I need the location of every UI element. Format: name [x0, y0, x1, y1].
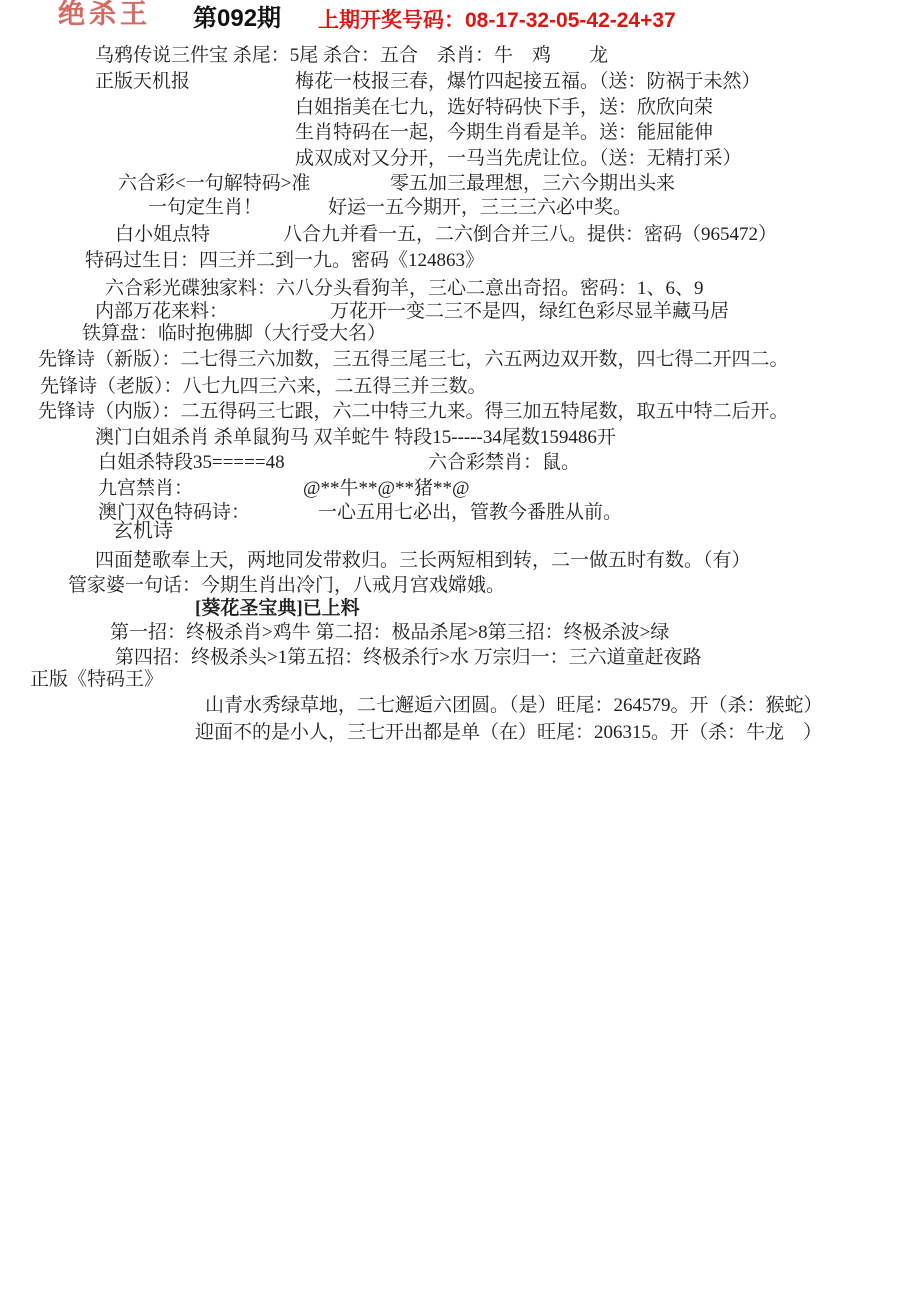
wanhua-label: 内部万花来料：	[95, 300, 228, 324]
lottery-tip-sheet: 绝杀王 第092期 上期开奖号码：08-17-32-05-42-24+37 乌鸦…	[0, 0, 900, 1292]
temawang-verse-2: 迎面不的是小人，三七开出都是单（在）旺尾：206315。开（杀：牛龙 ）	[195, 721, 822, 745]
kuihua-move-4-5: 第四招：终极杀头>1第五招：终极杀行>水 万宗归一：三六道童赶夜路	[115, 646, 702, 670]
jietema-label: 六合彩<一句解特码>准	[118, 172, 310, 196]
macau-shaxiao-line: 澳门白姐杀肖 杀单鼠狗马 双羊蛇牛 特段15-----34尾数159486开	[95, 426, 616, 450]
issue-number: 第092期	[193, 7, 281, 31]
previous-draw-numbers: 上期开奖号码：08-17-32-05-42-24+37	[318, 9, 676, 33]
xuanji-poem: 四面楚歌奉上天，两地同发带救归。三长两短相到转，二一做五时有数。（有）	[95, 549, 751, 573]
jiugong-label: 九宫禁肖：	[98, 477, 193, 501]
temawang-verse-1: 山青水秀绿草地，二七邂逅六团圆。（是）旺尾：264579。开（杀：猴蛇）	[205, 694, 823, 718]
dingshengxiao-verse: 好运一五今期开，三三三六必中奖。	[328, 196, 632, 220]
baixiaojie-label: 白小姐点特	[115, 223, 210, 247]
guangdie-line: 六合彩光碟独家料：六八分头看狗羊，三心二意出奇招。密码：1、6、9	[105, 277, 704, 301]
xianfeng-poem-inner: 先锋诗（内版）：二五得码三七跟，六二中特三九来。得三加五特尾数，取五中特二后开。	[38, 400, 789, 424]
jiugong-pattern: @**牛**@**猪**@	[303, 477, 470, 501]
guanjiapo-line: 管家婆一句话：今期生肖出冷门，八戒月宫戏嫦娥。	[68, 574, 505, 598]
page-title: 绝杀王	[58, 2, 151, 26]
xianfeng-poem-old: 先锋诗（老版）：八七九四三六来，二五得三并三数。	[40, 375, 487, 399]
jietema-verse: 零五加三最理想，三六今期出头来	[390, 172, 675, 196]
kuihua-move-1-2-3: 第一招：终极杀肖>鸡牛 第二招：极品杀尾>8第三招：终极杀波>绿	[110, 621, 669, 645]
tiesuanpan-line: 铁算盘：临时抱佛脚（大行受大名）	[82, 322, 386, 346]
kuihua-title: [葵花圣宝典]已上料	[195, 597, 360, 621]
xianfeng-poem-new: 先锋诗（新版）：二七得三六加数，三五得三尾三七，六五两边双开数，四七得二开四二。	[38, 348, 789, 372]
shuangse-verse: 一心五用七必出，管教今番胜从前。	[318, 501, 622, 525]
tianjibao-verse-4: 成双成对又分开，一马当先虎让位。（送：无精打采）	[295, 147, 742, 171]
jinxiao-line: 六合彩禁肖：鼠。	[428, 451, 580, 475]
dingshengxiao-label: 一句定生肖！	[148, 196, 262, 220]
baijie-shateduan: 白姐杀特段35=====48	[98, 451, 285, 475]
birthday-line: 特码过生日：四三并二到一九。密码《124863》	[85, 249, 484, 273]
line-crow-treasures: 乌鸦传说三件宝 杀尾：5尾 杀合：五合 杀肖：牛 鸡 龙	[95, 44, 608, 68]
tianjibao-label: 正版天机报	[95, 70, 190, 94]
tianjibao-verse-2: 白姐指美在七九，选好特码快下手，送：欣欣向荣	[295, 96, 713, 120]
tianjibao-verse-1: 梅花一枝报三春，爆竹四起接五福。（送：防祸于未然）	[295, 70, 761, 94]
temawang-title: 正版《特码王》	[30, 668, 163, 692]
tianjibao-verse-3: 生肖特码在一起，今期生肖看是羊。送：能屈能伸	[295, 121, 713, 145]
wanhua-verse: 万花开一变二三不是四，绿红色彩尽显羊藏马居	[330, 300, 729, 324]
baixiaojie-verse: 八合九并看一五，二六倒合并三八。提供：密码（965472）	[283, 223, 777, 247]
xuanji-title: 玄机诗	[113, 519, 173, 543]
